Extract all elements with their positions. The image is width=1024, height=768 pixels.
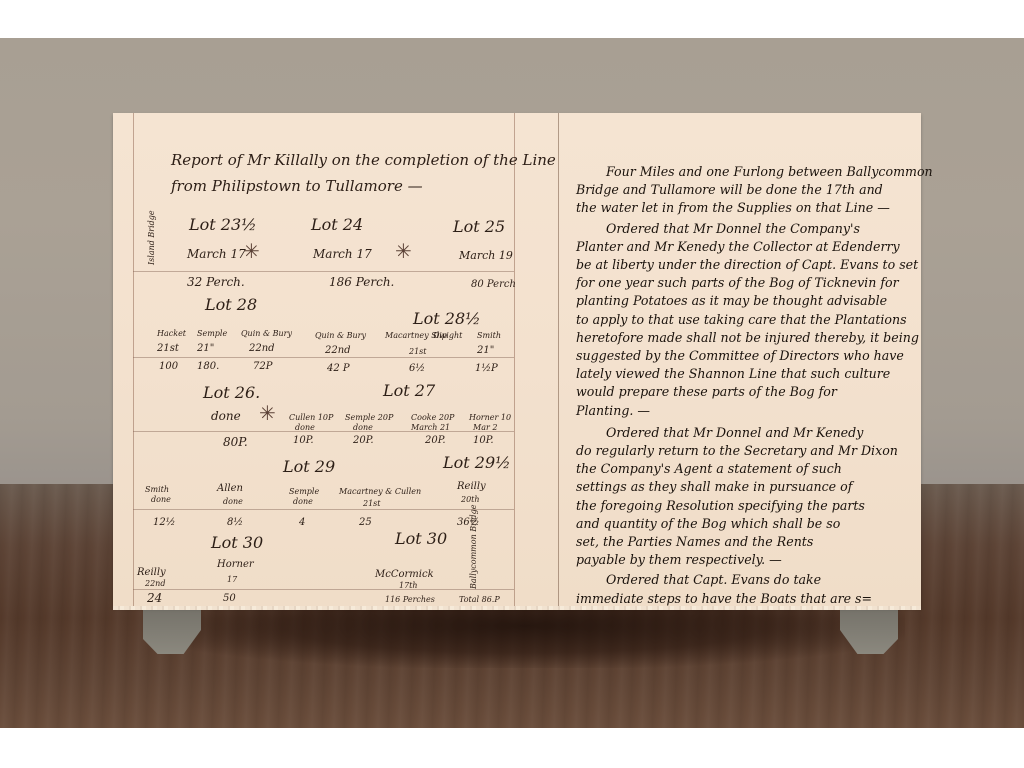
contractor-amount: 116 Perches xyxy=(385,595,435,604)
contractor-name: Cullen 10P xyxy=(289,413,333,422)
contractor-date: 21st xyxy=(157,343,179,354)
total-amount: Total 86.P xyxy=(459,595,500,604)
text-line: Bridge and Tullamore will be done the 17… xyxy=(576,181,911,199)
text-line: be at liberty under the direction of Cap… xyxy=(576,256,911,274)
lot-label: Lot 29 xyxy=(283,457,335,476)
contractor-name: Quin & Bury xyxy=(241,329,292,338)
right-page: Four Miles and one Furlong between Bally… xyxy=(576,163,911,608)
lot-label: Lot 30 xyxy=(211,533,263,552)
contractor-amount: 12½ xyxy=(153,517,175,528)
text-line: settings as they shall make in pursuance… xyxy=(576,478,911,496)
contractor-name: Reilly xyxy=(137,567,166,578)
contractor-amount: 100 xyxy=(159,361,178,372)
contractor-name: Cooke 20P xyxy=(411,413,454,422)
contractor-amount: 10P. xyxy=(293,435,314,446)
contractor-amount: 20P. xyxy=(353,435,374,446)
contractor-status: done xyxy=(353,423,373,432)
contractor-amount: 6½ xyxy=(409,363,425,374)
paragraph-bog-planting: Ordered that Mr Donnel the Company's Pla… xyxy=(576,220,911,420)
photo-scene: Report of Mr Killally on the completion … xyxy=(0,38,1024,728)
lot-amount: 186 Perch. xyxy=(329,275,394,289)
contractor-name: Semple 20P xyxy=(345,413,393,422)
lot-label: Lot 27 xyxy=(383,381,435,400)
contractor-name: Hacket xyxy=(157,329,186,338)
lot-date: March 17 xyxy=(313,247,372,261)
contractor-status: done xyxy=(151,495,171,504)
page-fold-spine xyxy=(558,113,559,607)
contractor-date: 21" xyxy=(197,343,214,354)
left-margin-rule xyxy=(133,113,134,607)
text-line: Ordered that Mr Donnel and Mr Kenedy xyxy=(576,424,911,442)
text-line: lately viewed the Shannon Line that such… xyxy=(576,365,911,383)
text-line: Ordered that Mr Donnel the Company's xyxy=(576,220,911,238)
contractor-status: 17th xyxy=(399,581,418,590)
paragraph-statement-return: Ordered that Mr Donnel and Mr Kenedy do … xyxy=(576,424,911,570)
contractor-date: 21" xyxy=(477,345,494,356)
text-line: and quantity of the Bog which shall be s… xyxy=(576,515,911,533)
row3-rule xyxy=(133,431,514,432)
text-line: the foregoing Resolution specifying the … xyxy=(576,497,911,515)
lot-label: Lot 25 xyxy=(453,217,505,236)
text-line: Planting. — xyxy=(576,402,911,420)
contractor-status: 20th xyxy=(461,495,480,504)
text-line: Four Miles and one Furlong between Bally… xyxy=(576,163,911,181)
text-line: immediate steps to have the Boats that a… xyxy=(576,590,911,608)
contractor-name: Allen xyxy=(217,483,243,494)
contractor-amount: 24 xyxy=(147,591,162,605)
contractor-name: Reilly xyxy=(457,481,486,492)
lot-date: March 19 xyxy=(459,249,513,262)
left-page-right-rule xyxy=(514,113,515,607)
row2-rule xyxy=(133,357,514,358)
lot-label: Lot 24 xyxy=(311,215,363,234)
survey-mark-icon: ✳ xyxy=(243,241,260,261)
contractor-name: Smith xyxy=(145,485,169,494)
contractor-name: Semple xyxy=(197,329,227,338)
manuscript-sheet: Report of Mr Killally on the completion … xyxy=(113,113,921,607)
contractor-amount: 72P xyxy=(253,361,272,372)
lot-label: Lot 23½ xyxy=(189,215,257,234)
contractor-amount: 42 P xyxy=(327,363,350,374)
lot-date: March 17 xyxy=(187,247,246,261)
text-line: for one year such parts of the Bog of Ti… xyxy=(576,274,911,292)
lot-amount: 80 Perch xyxy=(471,279,516,290)
row5-rule xyxy=(133,589,514,590)
lot-amount: 32 Perch. xyxy=(187,275,245,289)
contractor-amount: 50 xyxy=(223,593,236,604)
report-title-line-1: Report of Mr Killally on the completion … xyxy=(171,151,556,169)
text-line: would prepare these parts of the Bog for xyxy=(576,383,911,401)
report-title-line-2: from Philipstown to Tullamore — xyxy=(171,177,423,195)
contractor-status: 22nd xyxy=(145,579,165,588)
contractor-name: Smith xyxy=(477,331,501,340)
contractor-amount: 10P. xyxy=(473,435,494,446)
contractor-amount: 1½P xyxy=(475,363,498,374)
paragraph-water-supply: Four Miles and one Furlong between Bally… xyxy=(576,163,911,218)
survey-mark-icon: ✳ xyxy=(259,403,276,423)
contractor-name: Horner xyxy=(217,559,254,570)
text-line: the Company's Agent a statement of such xyxy=(576,460,911,478)
contractor-date: 22nd xyxy=(249,343,275,354)
contractor-name: McCormick xyxy=(375,569,434,580)
lot-status: done xyxy=(211,409,241,423)
text-line: set, the Parties Names and the Rents xyxy=(576,533,911,551)
contractor-name: Horner 10 xyxy=(469,413,511,422)
contractor-amount: 180. xyxy=(197,361,219,372)
side-note: Island Bridge xyxy=(147,210,156,265)
contractor-amount: 25 xyxy=(359,517,372,528)
contractor-amount: 4 xyxy=(299,517,305,528)
contractor-name: Dwight xyxy=(433,331,462,340)
contractor-date: 22nd xyxy=(325,345,351,356)
text-line: suggested by the Committee of Directors … xyxy=(576,347,911,365)
contractor-status: done xyxy=(223,497,243,506)
paragraph-boats-order: Ordered that Capt. Evans do take immedia… xyxy=(576,571,911,607)
lot-label: Lot 29½ xyxy=(443,453,511,472)
contractor-status: March 21 xyxy=(411,423,450,432)
lot-label: Lot 30 xyxy=(395,529,447,548)
text-line: Ordered that Capt. Evans do take xyxy=(576,571,911,589)
contractor-date: 21st xyxy=(409,347,427,356)
survey-mark-icon: ✳ xyxy=(395,241,412,261)
text-line: payable by them respectively. — xyxy=(576,551,911,569)
lot-label: Lot 28½ xyxy=(413,309,481,328)
row4-rule xyxy=(133,509,514,510)
text-line: do regularly return to the Secretary and… xyxy=(576,442,911,460)
contractor-name: Macartney & Cullen xyxy=(339,487,421,496)
contractor-name: Quin & Bury xyxy=(315,331,366,340)
contractor-status: 17 xyxy=(227,575,237,584)
contractor-amount: 20P. xyxy=(425,435,446,446)
contractor-amount: 8½ xyxy=(227,517,243,528)
contractor-status: done xyxy=(293,497,313,506)
text-line: Planter and Mr Kenedy the Collector at E… xyxy=(576,238,911,256)
bridge-note: Ballycommon Bridge xyxy=(469,504,478,589)
contractor-name: Semple xyxy=(289,487,319,496)
lot-amount: 80P. xyxy=(223,435,248,449)
text-line: heretofore made shall not be injured the… xyxy=(576,329,911,347)
lot-label: Lot 26. xyxy=(203,383,260,402)
text-line: the water let in from the Supplies on th… xyxy=(576,199,911,217)
text-line: to apply to that use taking care that th… xyxy=(576,311,911,329)
contractor-status: Mar 2 xyxy=(473,423,497,432)
lot-label: Lot 28 xyxy=(205,295,257,314)
text-line: planting Potatoes as it may be thought a… xyxy=(576,292,911,310)
row1-rule xyxy=(133,271,514,272)
contractor-status: 21st xyxy=(363,499,381,508)
contractor-status: done xyxy=(295,423,315,432)
